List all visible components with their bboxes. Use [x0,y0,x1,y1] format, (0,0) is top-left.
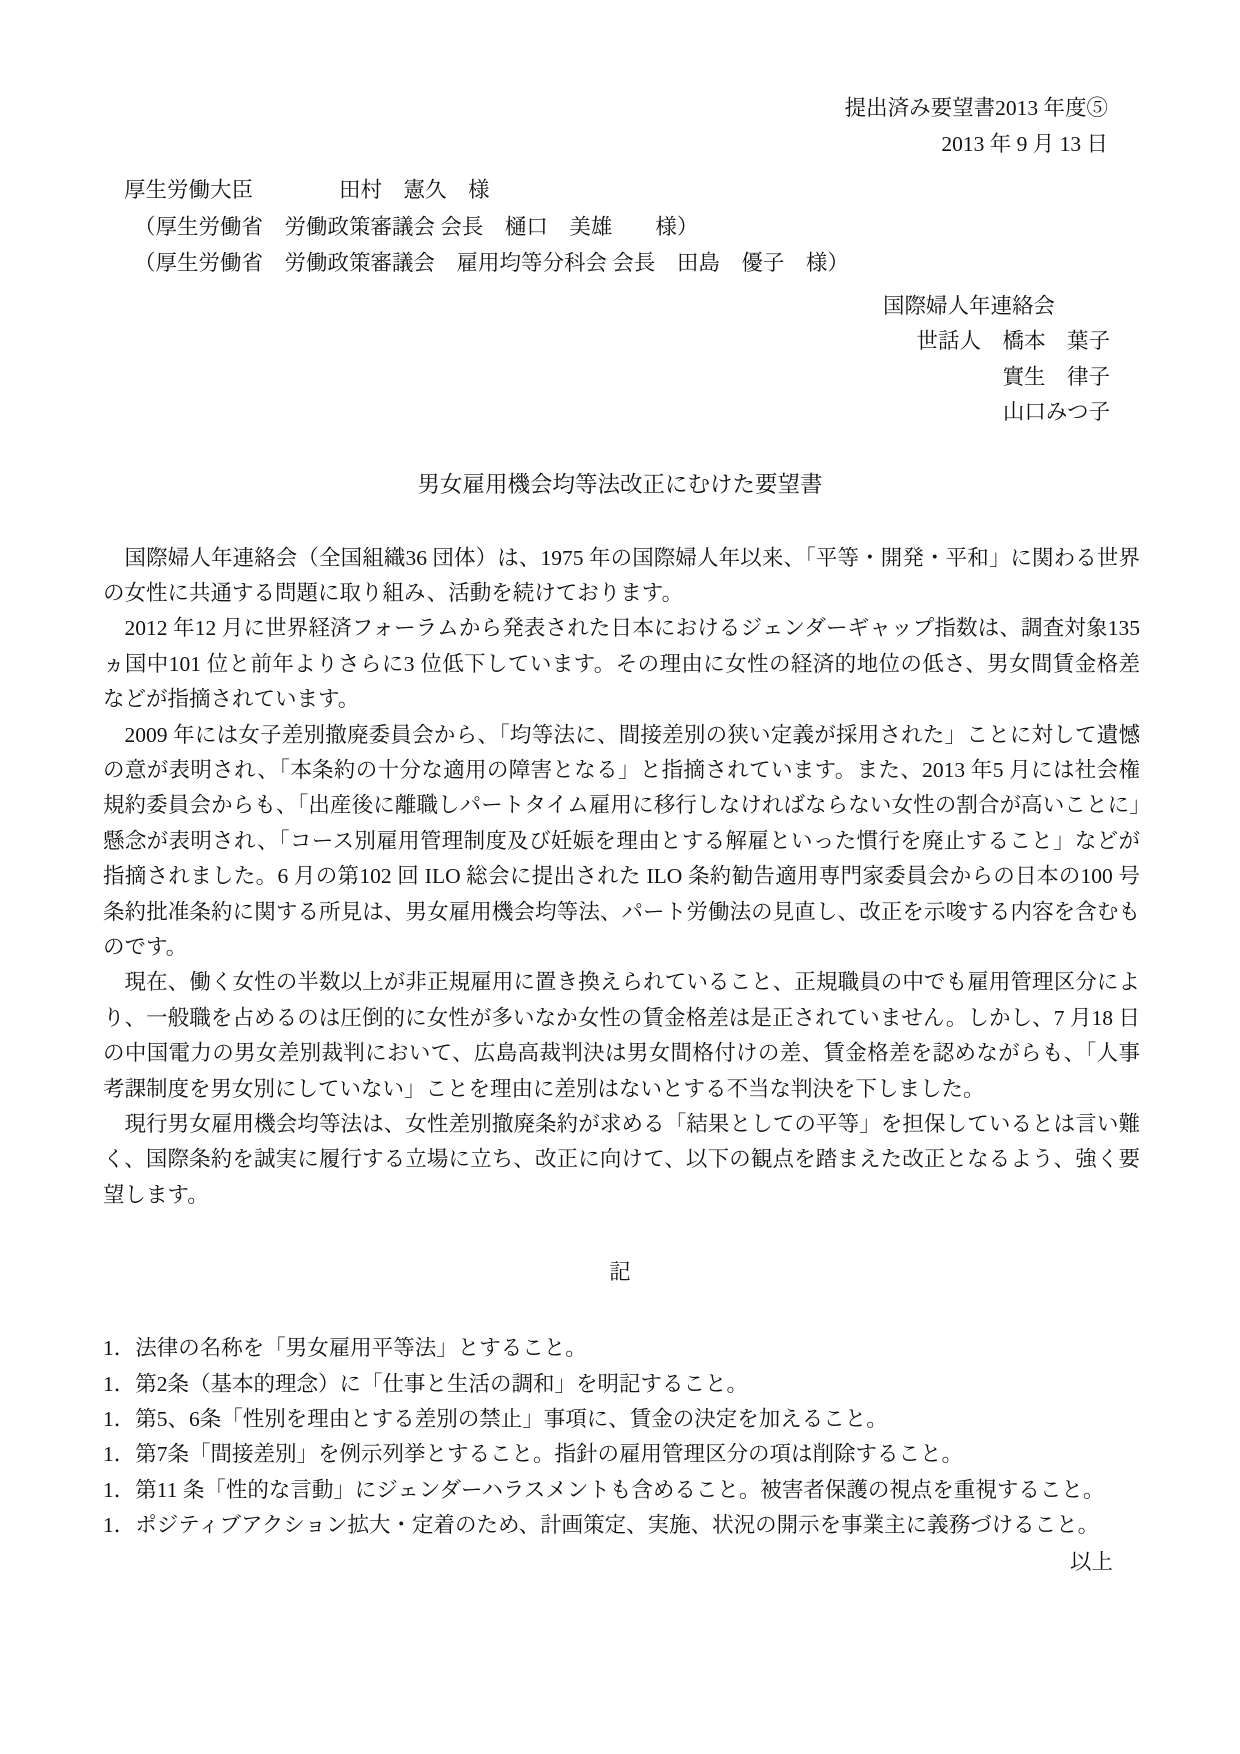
request-item: 1．ポジティブアクション拡大・定着のため、計画策定、実施、状況の開示を事業主に義… [103,1508,1140,1543]
sender-representative-line: 世話人 橋本 葉子 [0,324,1110,360]
body-paragraph: 現在、働く女性の半数以上が非正規雇用に置き換えられていること、正規職員の中でも雇… [103,965,1140,1107]
sender-organization: 国際婦人年連絡会 [0,289,1110,325]
document-page: 提出済み要望書2013 年度⑤ 2013 年 9 月 13 日 厚生労働大臣 田… [0,0,1240,1754]
sender-block: 国際婦人年連絡会 世話人 橋本 葉子 實生 律子 山口みつ子 [0,289,1240,431]
doc-date: 2013 年 9 月 13 日 [0,126,1108,162]
addressee-block: 厚生労働大臣 田村 憲久 様 （厚生労働省 労働政策審議会 会長 樋口 美雄 様… [0,172,1240,282]
body-paragraph: 2009 年には女子差別撤廃委員会から、「均等法に、間接差別の狭い定義が採用され… [103,718,1140,966]
request-item: 1．第2条（基本的理念）に「仕事と生活の調和」を明記すること。 [103,1367,1140,1402]
sender-representative-line: 山口みつ子 [0,395,1110,431]
document-body: 国際婦人年連絡会（全国組織36 団体）は、1975 年の国際婦人年以来、「平等・… [103,541,1140,1214]
addressee-line-council-chair: （厚生労働省 労働政策審議会 会長 樋口 美雄 様） [124,209,1160,246]
body-paragraph: 2012 年12 月に世界経済フォーラムから発表された日本におけるジェンダーギャ… [103,611,1140,717]
page-title: 男女雇用機会均等法改正にむけた要望書 [0,470,1240,500]
sender-representative-line: 實生 律子 [0,360,1110,396]
request-items: 1．法律の名称を「男女雇用平等法」とすること。 1．第2条（基本的理念）に「仕事… [103,1331,1140,1543]
addressee-line-minister: 厚生労働大臣 田村 憲久 様 [124,172,1160,209]
request-item: 1．第7条「間接差別」を例示列挙とすること。指針の雇用管理区分の項は削除すること… [103,1437,1140,1472]
body-paragraph: 国際婦人年連絡会（全国組織36 団体）は、1975 年の国際婦人年以来、「平等・… [103,541,1140,612]
request-item: 1．第11 条「性的な言動」にジェンダーハラスメントも含めること。被害者保護の視… [103,1473,1140,1508]
closing-label: 以上 [0,1545,1240,1580]
addressee-line-subcommittee-chair: （厚生労働省 労働政策審議会 雇用均等分科会 会長 田島 優子 様） [124,245,1160,282]
request-item: 1．法律の名称を「男女雇用平等法」とすること。 [103,1331,1140,1366]
doc-ref-label: 提出済み要望書2013 年度⑤ [0,90,1108,126]
list-header-ki: 記 [0,1257,1240,1287]
request-item: 1．第5、6条「性別を理由とする差別の禁止」事項に、賃金の決定を加えること。 [103,1402,1140,1437]
body-paragraph: 現行男女雇用機会均等法は、女性差別撤廃条約が求める「結果としての平等」を担保して… [103,1107,1140,1213]
document-header: 提出済み要望書2013 年度⑤ 2013 年 9 月 13 日 [0,0,1240,162]
